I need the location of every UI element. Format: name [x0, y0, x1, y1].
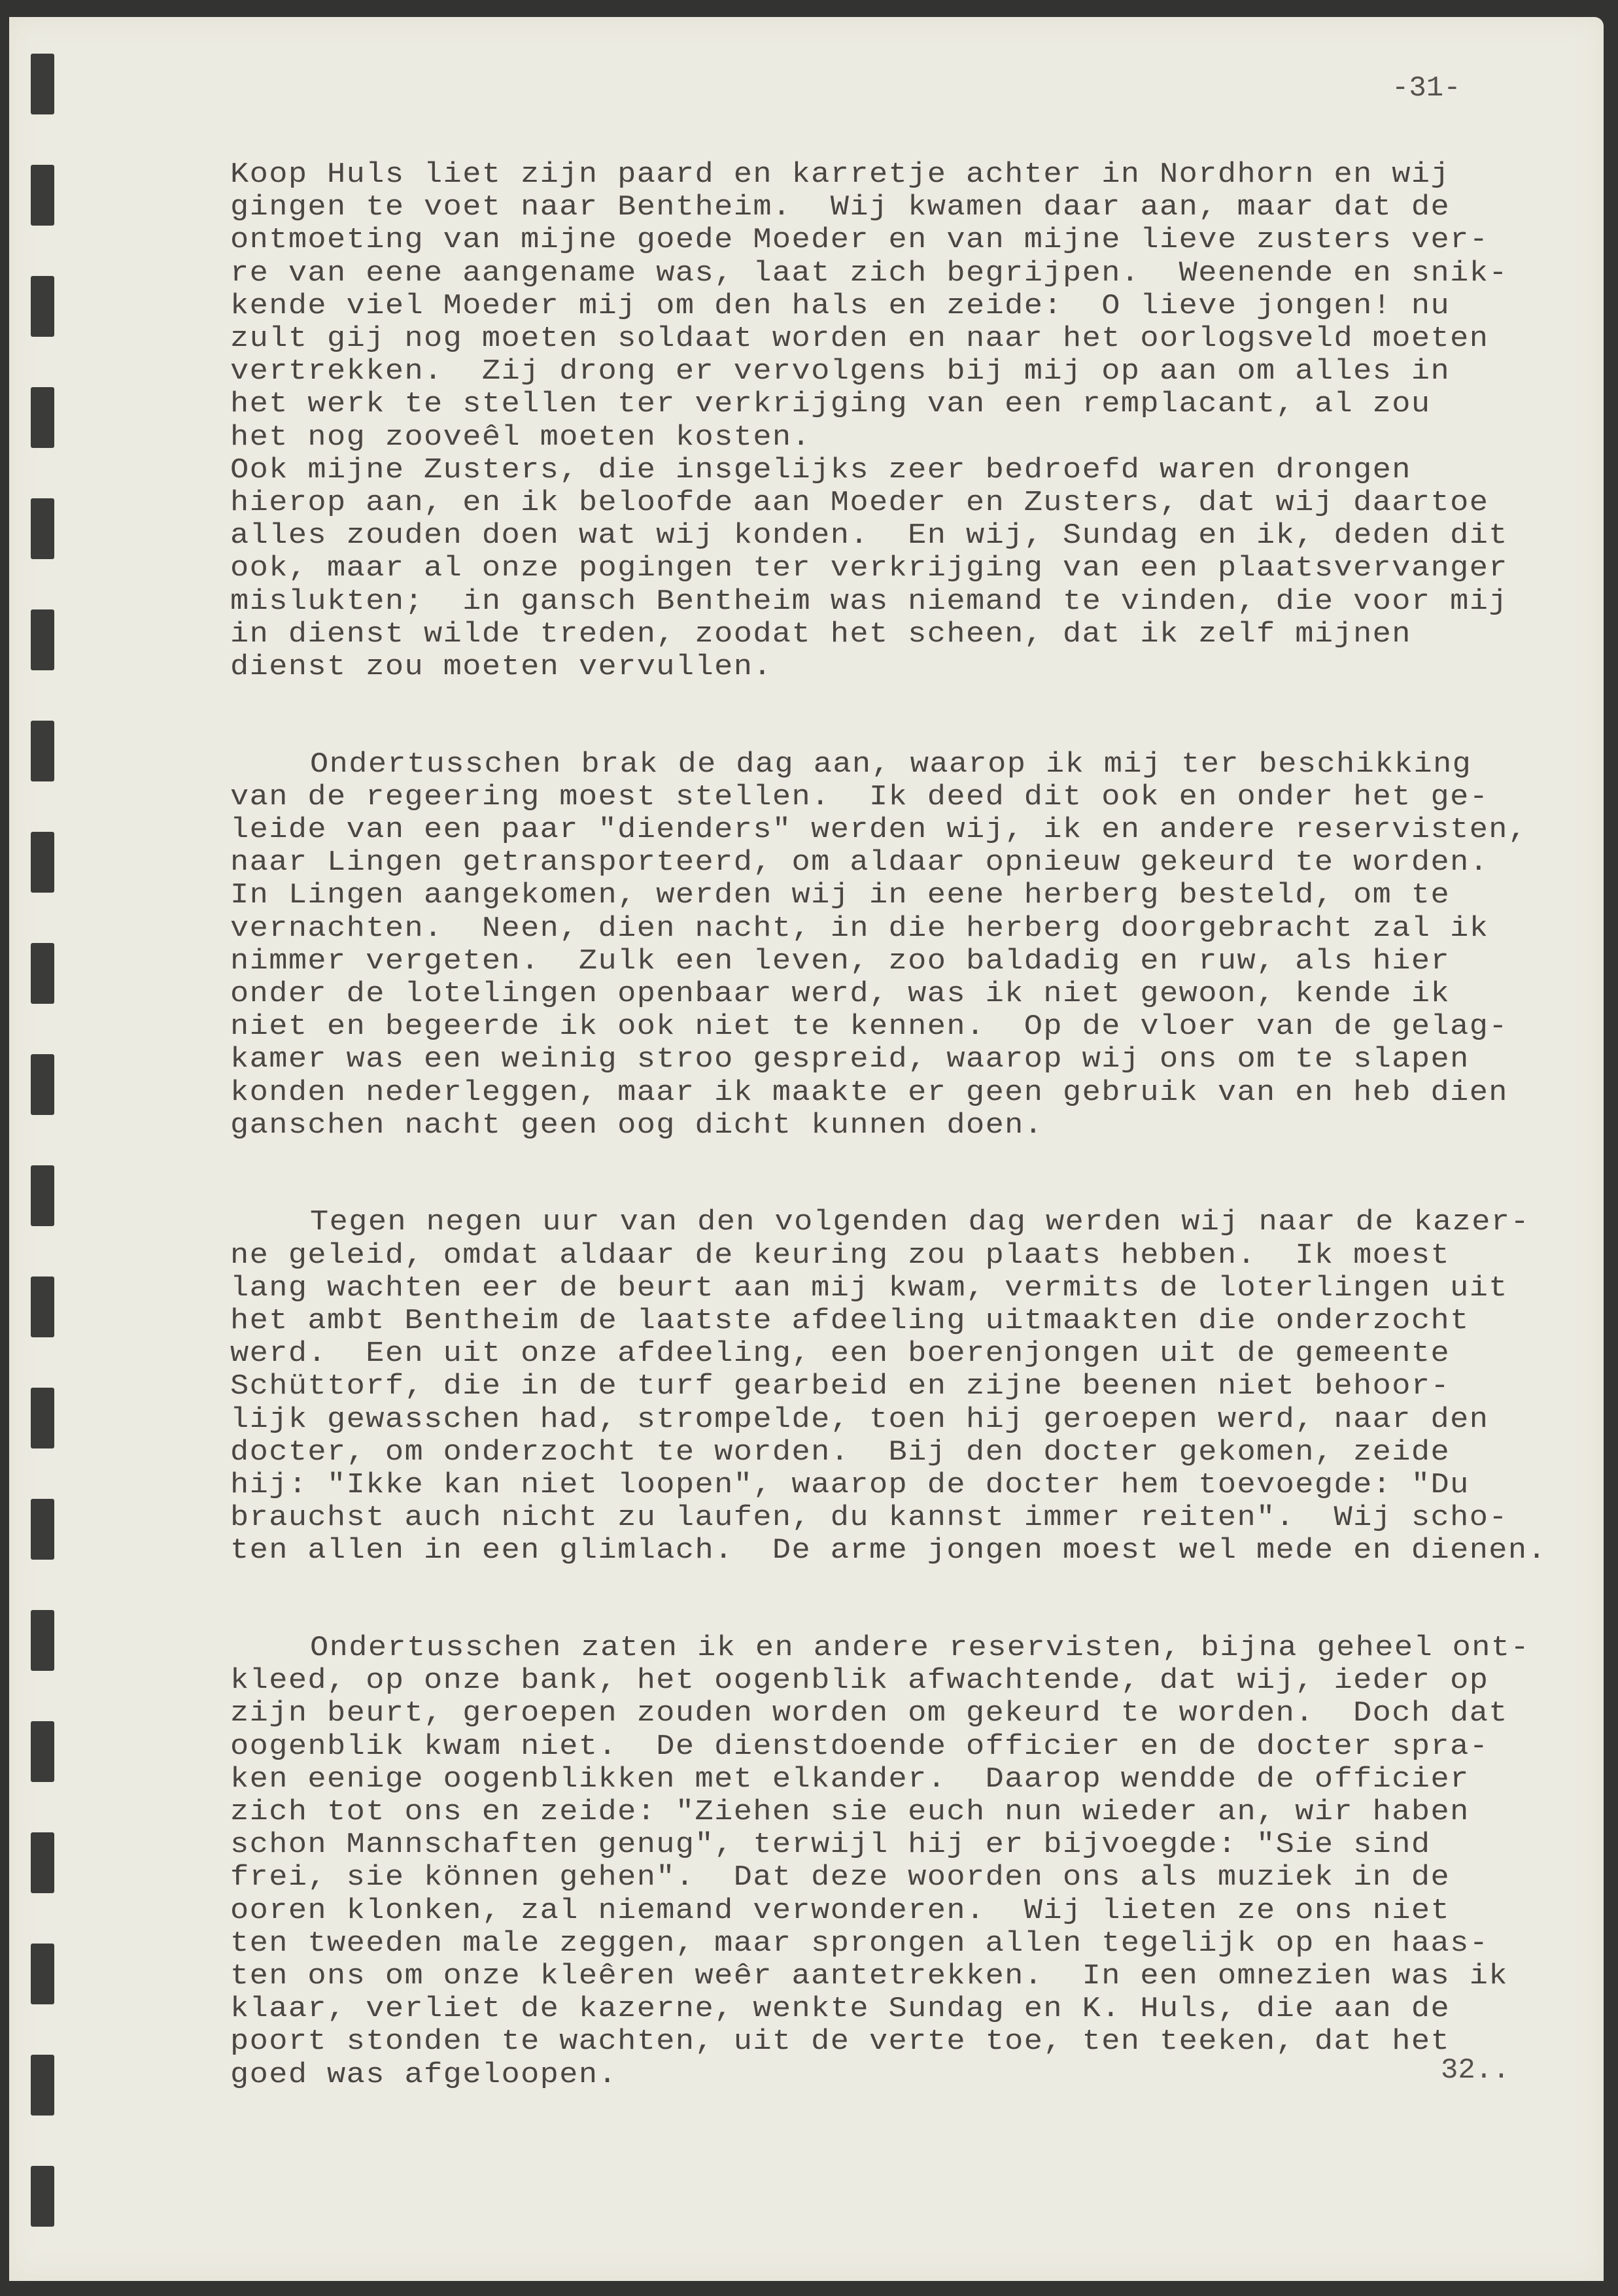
binding-hole	[31, 1499, 54, 1560]
text-line: Ondertusschen zaten ik en andere reservi…	[310, 1634, 1530, 1662]
text-line: alles zouden doen wat wij konden. En wij…	[230, 522, 1508, 550]
binding-hole	[31, 1277, 54, 1337]
binding-hole	[31, 721, 54, 781]
text-line: ontmoeting van mijne goede Moeder en van…	[230, 226, 1489, 254]
text-line: gingen te voet naar Bentheim. Wij kwamen…	[230, 194, 1450, 222]
text-line: lijk gewasschen had, strompelde, toen hi…	[230, 1405, 1489, 1433]
text-line: zult gij nog moeten soldaat worden en na…	[230, 325, 1489, 353]
binding-hole	[31, 165, 54, 226]
text-line: ten tweeden male zeggen, maar sprongen a…	[230, 1930, 1489, 1958]
binding-hole	[31, 387, 54, 448]
text-line: ten allen in een glimlach. De arme jonge…	[230, 1537, 1547, 1565]
text-line: leide van een paar "dienders" werden wij…	[230, 816, 1528, 844]
text-line: ken eenige oogenblikken met elkander. Da…	[230, 1766, 1470, 1794]
text-line: het werk te stellen ter verkrijging van …	[230, 390, 1430, 419]
text-line: zijn beurt, geroepen zouden worden om ge…	[230, 1700, 1508, 1728]
text-line: docter, om onderzocht te worden. Bij den…	[230, 1439, 1450, 1467]
text-line: vernachten. Neen, dien nacht, in die her…	[230, 914, 1489, 942]
typewritten-page: -31- Koop Huls liet zijn paard en karret…	[9, 17, 1604, 2281]
text-line: brauchst auch nicht zu laufen, du kannst…	[230, 1504, 1508, 1532]
text-line: werd. Een uit onze afdeeling, een boeren…	[230, 1340, 1450, 1368]
page-number-next: 32..	[1441, 2056, 1510, 2085]
text-line: nimmer vergeten. Zulk een leven, zoo bal…	[230, 948, 1450, 976]
text-line: in dienst wilde treden, zoodat het schee…	[230, 621, 1411, 649]
text-line: re van eene aangename was, laat zich beg…	[230, 259, 1508, 287]
binding-hole	[31, 276, 54, 337]
text-line: klaar, verliet de kazerne, wenkte Sundag…	[230, 1995, 1450, 2023]
binding-hole	[31, 1610, 54, 1671]
binding-hole	[31, 1721, 54, 1782]
text-line: goed was afgeloopen.	[230, 2061, 617, 2089]
text-line: onder de lotelingen openbaar werd, was i…	[230, 980, 1450, 1008]
text-line: het ambt Bentheim de laatste afdeeling u…	[230, 1307, 1470, 1335]
text-line: Tegen negen uur van den volgenden dag we…	[310, 1208, 1530, 1237]
binding-hole	[31, 1388, 54, 1448]
text-line: ooren klonken, zal niemand verwonderen. …	[230, 1896, 1450, 1925]
text-line: Ook mijne Zusters, die insgelijks zeer b…	[230, 456, 1411, 485]
text-line: dienst zou moeten vervullen.	[230, 653, 772, 681]
binding-hole	[31, 2166, 54, 2227]
text-line: Koop Huls liet zijn paard en karretje ac…	[230, 161, 1450, 189]
text-line: naar Lingen getransporteerd, om aldaar o…	[230, 849, 1489, 877]
text-line: ten ons om onze kleêren weêr aantetrekke…	[230, 1962, 1508, 1991]
binding-hole	[31, 943, 54, 1004]
binding-hole	[31, 498, 54, 559]
text-line: niet en begeerde ik ook niet te kennen. …	[230, 1013, 1508, 1041]
text-line: kamer was een weinig stroo gespreid, waa…	[230, 1046, 1470, 1074]
text-line: Ondertusschen brak de dag aan, waarop ik…	[310, 750, 1472, 778]
text-line: poort stonden te wachten, uit de verte t…	[230, 2028, 1450, 2056]
text-line: ne geleid, omdat aldaar de keuring zou p…	[230, 1241, 1450, 1269]
text-line: het nog zooveêl moeten kosten.	[230, 423, 811, 451]
binding-hole	[31, 1832, 54, 1893]
binding-hole	[31, 2055, 54, 2116]
text-line: lang wachten eer de beurt aan mij kwam, …	[230, 1275, 1508, 1303]
text-line: kleed, op onze bank, het oogenblik afwac…	[230, 1667, 1489, 1695]
text-line: kende viel Moeder mij om den hals en zei…	[230, 292, 1450, 320]
binding-hole	[31, 1944, 54, 2004]
binding-hole	[31, 609, 54, 670]
text-line: konden nederleggen, maar ik maakte er ge…	[230, 1078, 1508, 1106]
text-line: zich tot ons en zeide: "Ziehen sie euch …	[230, 1798, 1470, 1826]
binding-hole	[31, 1165, 54, 1226]
text-line: oogenblik kwam niet. De dienstdoende off…	[230, 1732, 1489, 1760]
binding-hole	[31, 832, 54, 893]
text-line: hij: "Ikke kan niet loopen", waarop de d…	[230, 1471, 1470, 1499]
text-line: frei, sie können gehen". Dat deze woorde…	[230, 1864, 1450, 1892]
text-line: Schüttorf, die in de turf gearbeid en zi…	[230, 1373, 1450, 1401]
text-line: ook, maar al onze pogingen ter verkrijgi…	[230, 555, 1508, 583]
text-line: In Lingen aangekomen, werden wij in eene…	[230, 882, 1450, 910]
page-number-top: -31-	[1392, 74, 1461, 103]
text-line: hierop aan, en ik beloofde aan Moeder en…	[230, 489, 1489, 517]
binding-hole	[31, 1054, 54, 1115]
text-line: ganschen nacht geen oog dicht kunnen doe…	[230, 1112, 1043, 1140]
text-line: van de regeering moest stellen. Ik deed …	[230, 783, 1489, 812]
text-line: schon Mannschaften genug", terwijl hij e…	[230, 1831, 1430, 1859]
text-line: vertrekken. Zij drong er vervolgens bij …	[230, 358, 1450, 386]
text-line: mislukten; in gansch Bentheim was nieman…	[230, 587, 1508, 615]
binding-hole	[31, 54, 54, 114]
